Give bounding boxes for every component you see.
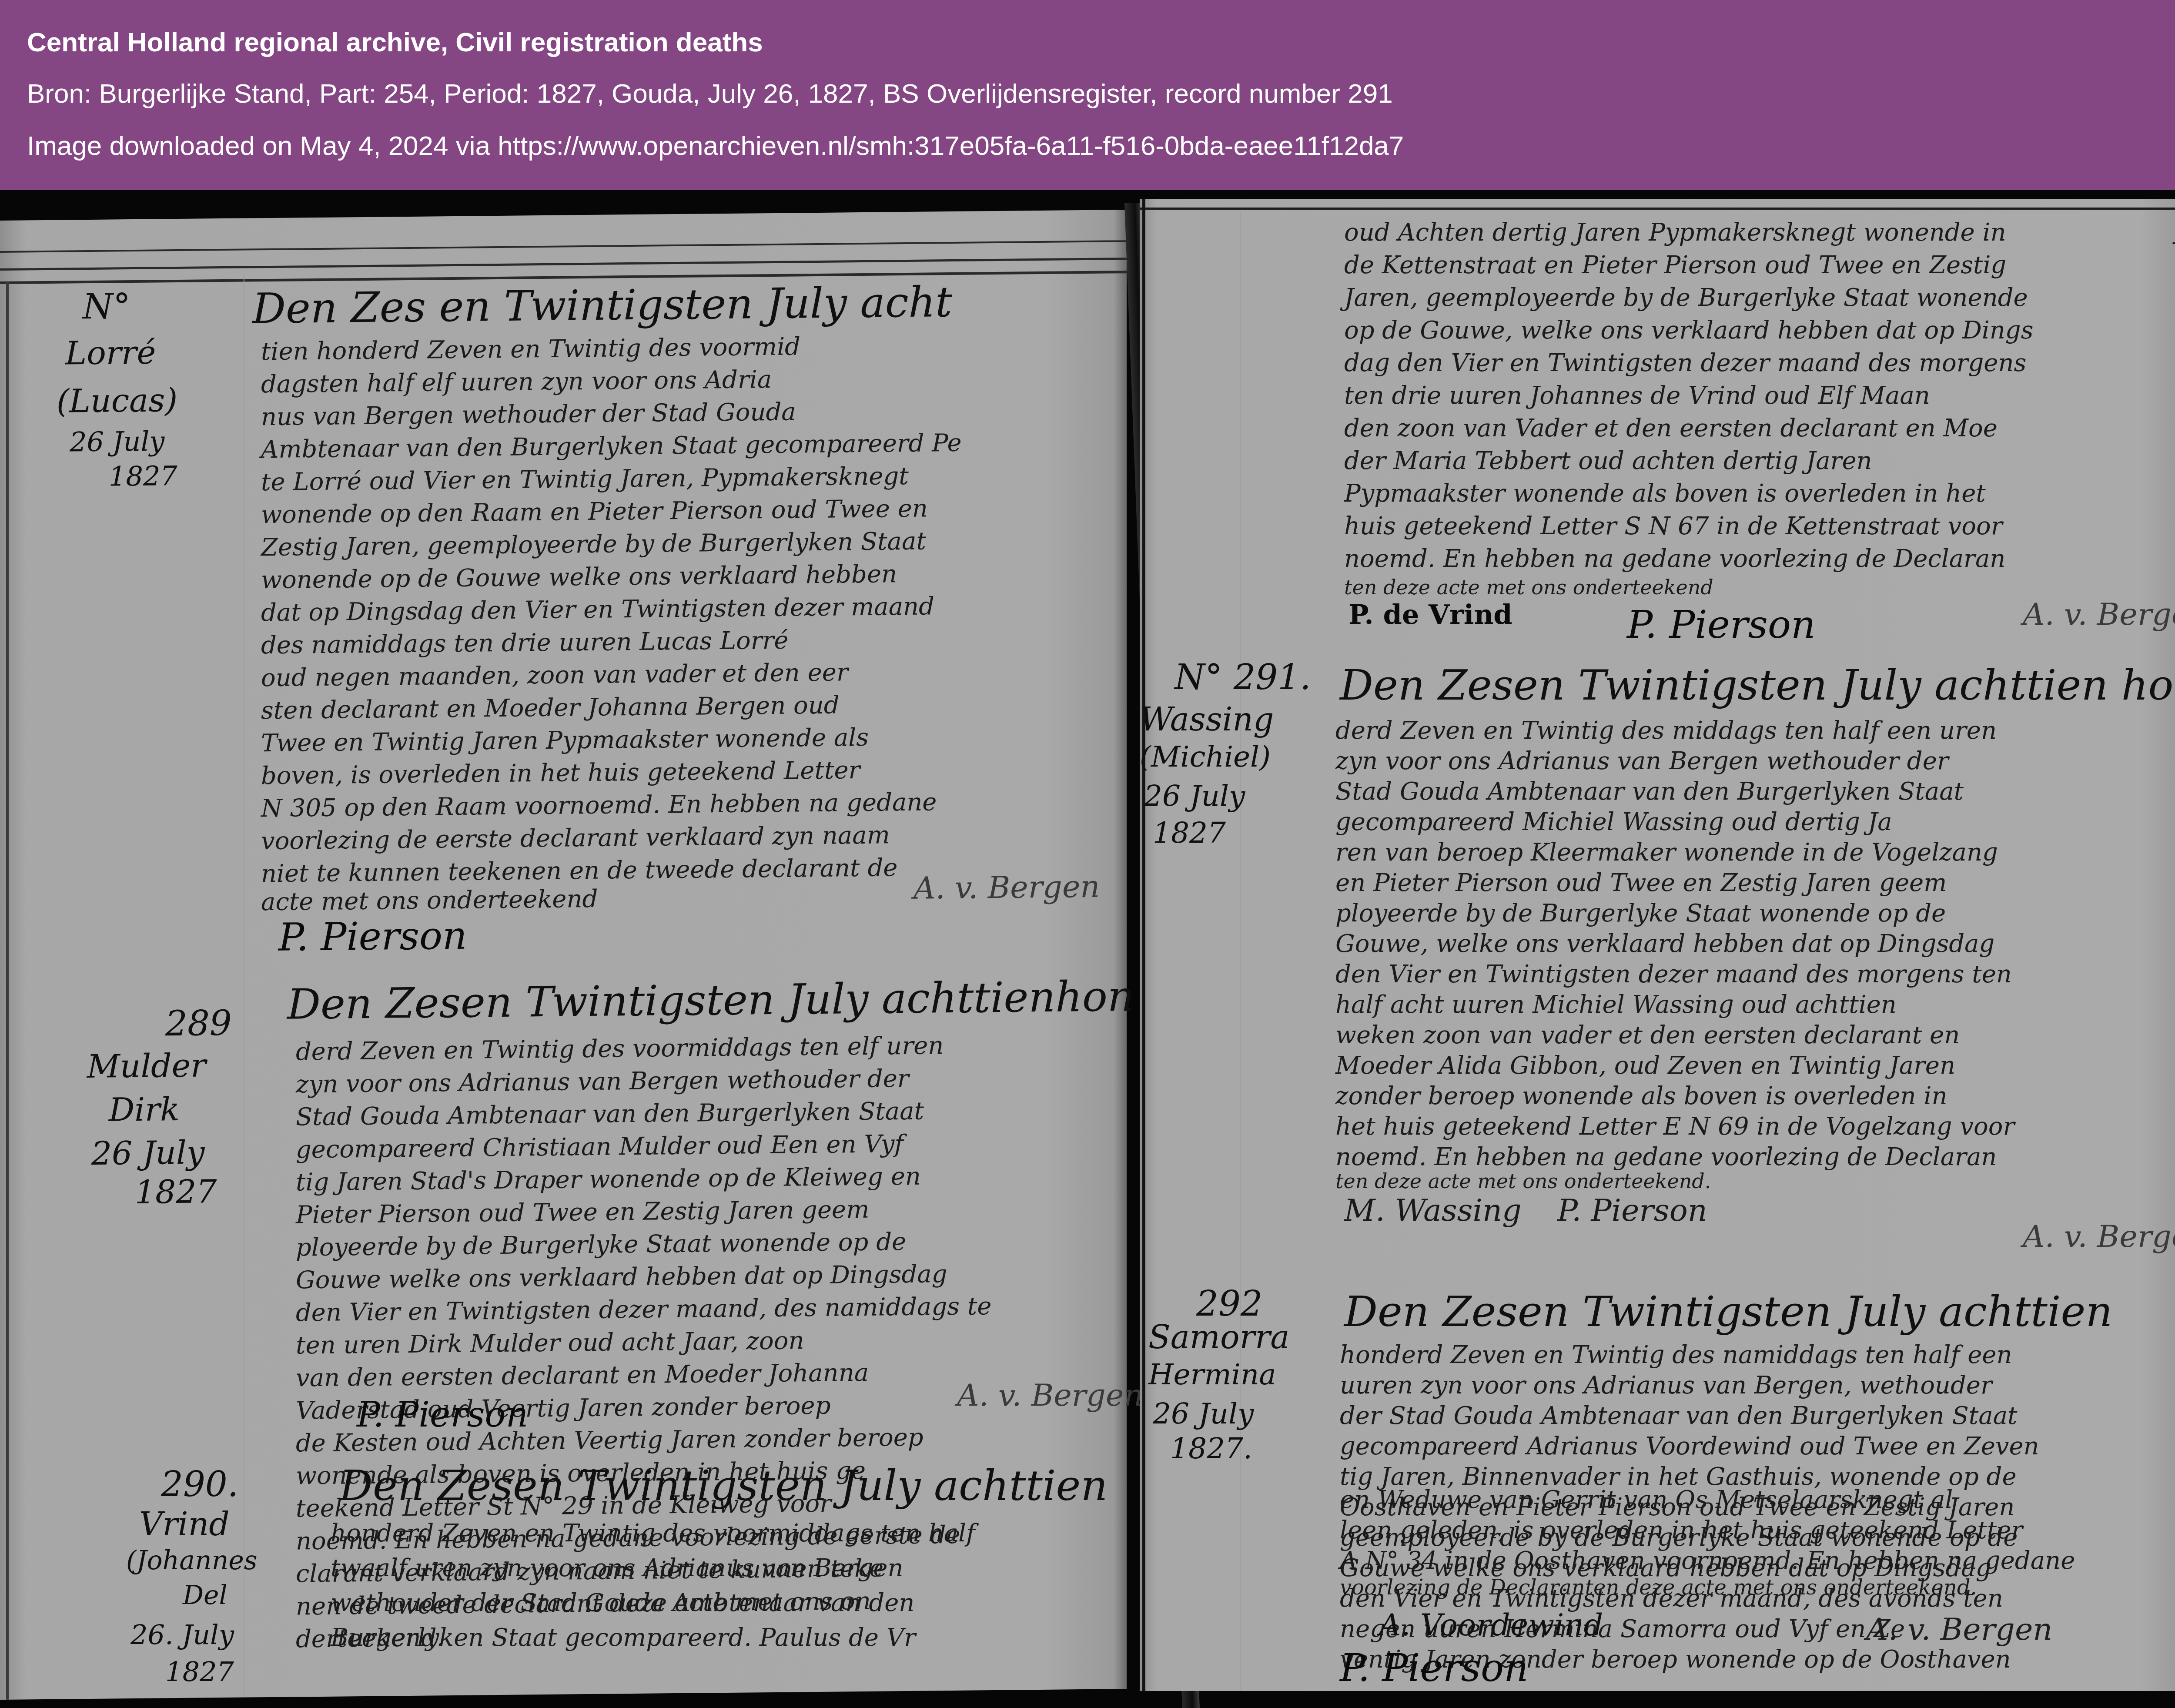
margin-given-name: (Lucas) xyxy=(57,384,177,418)
entry-line: noemd. En hebben na gedane voorlezing de… xyxy=(1335,1145,1997,1169)
margin-extra: Del xyxy=(183,1582,228,1608)
signature-bergen: A. v. Bergen xyxy=(913,871,1100,904)
entry-line: tien honderd Zeven en Twintig des voormi… xyxy=(261,335,800,364)
entry-line: zyn voor ons Adrianus van Bergen wethoud… xyxy=(1335,749,1949,774)
entry-line: uuren zyn voor ons Adrianus van Bergen, … xyxy=(1340,1373,1992,1398)
entry-line: Stad Gouda Ambtenaar van den Burgerlyken… xyxy=(1335,780,1964,804)
entry-line: huis geteekend Letter S N 67 in de Kette… xyxy=(1344,514,2002,539)
entry-line: te Lorré oud Vier en Twintig Jaren, Pypm… xyxy=(261,464,909,495)
entry-line: zonder beroep wonende als boven is overl… xyxy=(1335,1084,1947,1109)
margin-number: 292 xyxy=(1196,1286,1263,1321)
page-left-rule xyxy=(1142,199,1145,1691)
margin-date: 26 July xyxy=(1144,782,1245,810)
entry-line: voorlezing de eerste declarant verklaard… xyxy=(261,823,890,854)
entry-line: en Pieter Pierson oud Twee en Zestig Jar… xyxy=(1335,871,1947,895)
entry-line: ten drie uuren Johannes de Vrind oud Elf… xyxy=(1344,384,1930,408)
entry-line: nus van Bergen wethouder der Stad Gouda xyxy=(261,400,796,429)
margin-surname: Vrind xyxy=(139,1508,230,1541)
entry-line: voorlezing de Declaranten deze acte met … xyxy=(1340,1577,1977,1598)
signature-bergen: A. v. Bergen xyxy=(2023,1221,2175,1252)
entry-line: Zestig Jaren, geemployeerde by de Burger… xyxy=(261,529,926,560)
entry-line: twaalf uren zyn voor ons Adrianus van Be… xyxy=(331,1556,903,1581)
entry-heading: Den Zesen Twintigsten July achttien xyxy=(339,1465,1108,1507)
entry-line: ployeerde by de Burgerlyke Staat wonende… xyxy=(296,1230,906,1260)
entry-heading: Den Zes en Twintigsten July acht xyxy=(252,281,952,329)
entry-line: wonende op de Gouwe welke ons verklaard … xyxy=(261,562,897,593)
entry-line: N 305 op den Raam voornoemd. En hebben n… xyxy=(261,790,937,821)
margin-year: 1827 xyxy=(1153,819,1226,847)
archive-title: Central Holland regional archive, Civil … xyxy=(27,27,763,58)
signature-de-vrind: P. de Vrind xyxy=(1348,601,1512,628)
entry-line: dagsten half elf uuren zyn voor ons Adri… xyxy=(261,368,772,397)
signature-pierson: P. Pierson xyxy=(278,917,467,957)
entry-line: ren van beroep Kleermaker wonende in de … xyxy=(1335,841,1998,865)
entry-line: der Stad Gouda Ambtenaar van den Burgerl… xyxy=(1340,1404,2018,1428)
entry-line: weken zoon van vader et den eersten decl… xyxy=(1335,1023,1960,1048)
entry-line: de Kettenstraat en Pieter Pierson oud Tw… xyxy=(1344,253,2006,278)
entry-line: van den eersten declarant en Moeder Joha… xyxy=(296,1361,869,1391)
entry-line: Jaren, geemployeerde by de Burgerlyke St… xyxy=(1344,286,2028,310)
margin-date: 26. July xyxy=(130,1621,234,1648)
entry-line: noemd. En hebben na gedane voorlezing de… xyxy=(1344,547,2005,571)
entry-line: Moeder Alida Gibbon, oud Zeven en Twinti… xyxy=(1335,1054,1955,1078)
signature-pierson: P. Pierson xyxy=(1340,1649,1529,1687)
entry-line: ten deze acte met ons onderteekend xyxy=(1344,577,1713,597)
entry-line: wonende op den Raam en Pieter Pierson ou… xyxy=(261,497,928,528)
margin-line xyxy=(1240,212,1241,1691)
margin-number: 289 xyxy=(165,1006,232,1041)
margin-surname: Lorré xyxy=(65,337,156,370)
entry-line: der Maria Tebbert oud achten dertig Jare… xyxy=(1344,449,1872,473)
entry-line: boven, is overleden in het huis geteeken… xyxy=(261,758,860,788)
register-scan: N° Lorré (Lucas) 26 July 1827 Den Zes en… xyxy=(0,190,2175,1708)
margin-number: N° xyxy=(83,289,130,324)
entry-line: derd Zeven en Twintig des voormiddags te… xyxy=(296,1034,944,1064)
margin-given-name: Dirk xyxy=(109,1093,180,1126)
entry-line: zyn voor ons Adrianus van Bergen wethoud… xyxy=(296,1067,909,1097)
entry-line: Burgerlyken Staat gecompareerd. Paulus d… xyxy=(331,1626,916,1650)
page-border-rule xyxy=(1140,208,2175,210)
entry-line: gecompareerd Christiaan Mulder oud Een e… xyxy=(296,1132,903,1162)
entry-line: oud negen maanden, zoon van vader et den… xyxy=(261,660,848,690)
archive-header: Central Holland regional archive, Civil … xyxy=(0,0,2175,190)
entry-heading: Den Zesen Twintigsten July achttien xyxy=(1344,1291,2112,1333)
entry-line: Stad Gouda Ambtenaar van den Burgerlyken… xyxy=(296,1099,924,1130)
entry-line: en Weduwe van Gerrit van Os Metselaarskn… xyxy=(1340,1488,1953,1512)
signature-bergen: A. v. Bergen xyxy=(1866,1614,2052,1644)
entry-line: ten uren Dirk Mulder oud acht Jaar, zoon xyxy=(296,1329,804,1358)
entry-line: wethouder der Stad Gouda Ambtenaar van d… xyxy=(331,1591,914,1615)
entry-line: A N° 34 in de Oosthaven voornoemd. En he… xyxy=(1340,1549,2075,1573)
download-note: Image downloaded on May 4, 2024 via http… xyxy=(27,131,1404,161)
margin-number: N° 291. xyxy=(1174,660,1311,695)
entry-line: ployeerde by de Burgerlyke Staat wonende… xyxy=(1335,901,1946,926)
margin-surname: Mulder xyxy=(87,1049,206,1083)
margin-year: 1827 xyxy=(135,1176,217,1209)
page-border-rule xyxy=(0,258,1127,271)
margin-year: 1827. xyxy=(1170,1434,1252,1463)
entry-line: dag den Vier en Twintigsten dezer maand … xyxy=(1344,351,2026,375)
entry-line: honderd Zeven en Twintig des voormiddags… xyxy=(331,1521,975,1546)
signature-bergen: A. v. Bergen xyxy=(957,1380,1143,1410)
margin-date: 26 July xyxy=(91,1136,204,1170)
entry-line: honderd Zeven en Twintig des namiddags t… xyxy=(1340,1343,2012,1367)
entry-line: gecompareerd Adrianus Voordewind oud Twe… xyxy=(1340,1434,2039,1459)
source-citation: Bron: Burgerlijke Stand, Part: 254, Peri… xyxy=(27,78,1393,109)
margin-number: 290. xyxy=(161,1467,238,1502)
entry-line: acte met ons onderteekend xyxy=(261,887,598,914)
entry-line: sten declarant en Moeder Johanna Bergen … xyxy=(261,693,840,723)
margin-given-name: (Michiel) xyxy=(1140,743,1271,771)
signature-wassing: M. Wassing xyxy=(1344,1195,1522,1226)
entry-line: den Vier en Twintigsten dezer maand des … xyxy=(1335,962,2012,987)
page-border-rule xyxy=(0,240,1127,253)
entry-line: half acht uuren Michiel Wassing oud acht… xyxy=(1335,993,1897,1017)
entry-line: gecompareerd Michiel Wassing oud dertig … xyxy=(1335,810,1892,834)
right-page: oud Achten dertig Jaren Pypmakersknegt w… xyxy=(1140,199,2175,1691)
entry-line: niet te kunnen teekenen en de tweede dec… xyxy=(261,856,897,886)
signature-bergen: A. v. Bergen xyxy=(2023,599,2175,630)
signature-pierson: P. Pierson xyxy=(1627,606,1816,644)
signature-voordewind: A. Voordewind xyxy=(1379,1610,1603,1640)
margin-surname: Samorra xyxy=(1148,1321,1289,1353)
margin-line xyxy=(244,275,244,1698)
entry-line: dat op Dingsdag den Vier en Twintigsten … xyxy=(261,594,934,625)
margin-year: 1827 xyxy=(109,462,177,490)
entry-heading: Den Zesen Twintigsten July achttienhon xyxy=(287,975,1134,1025)
margin-surname: Wassing xyxy=(1140,703,1274,736)
signature-pierson: P. Pierson xyxy=(357,1397,528,1432)
margin-given-name: (Johannes xyxy=(126,1547,258,1574)
entry-line: Gouwe, welke ons verklaard hebben dat op… xyxy=(1335,932,1994,956)
entry-line: ten deze acte met ons onderteekend. xyxy=(1335,1171,1711,1191)
entry-line: den zoon van Vader et den eersten declar… xyxy=(1344,416,1998,441)
margin-date: 26 July xyxy=(70,428,164,455)
entry-line: Pypmaakster wonende als boven is overled… xyxy=(1344,482,1986,506)
entry-line: Gouwe welke ons verklaard hebben dat op … xyxy=(296,1262,947,1293)
margin-date: 26 July xyxy=(1153,1400,1254,1428)
entry-heading: Den Zesen Twintigsten July achttien hon xyxy=(1340,664,2175,706)
entry-line: Twee en Twintig Jaren Pypmaakster wonend… xyxy=(261,726,869,756)
entry-line: op de Gouwe, welke ons verklaard hebben … xyxy=(1344,318,2033,343)
margin-given-name: Hermina xyxy=(1148,1360,1276,1389)
entry-line: Pieter Pierson oud Twee en Zestig Jaren … xyxy=(296,1198,869,1228)
margin-year: 1827 xyxy=(165,1658,234,1685)
entry-line: leen geleden, is overleden in het huis g… xyxy=(1340,1518,2023,1543)
page-left-rule xyxy=(6,281,9,1700)
entry-line: derd Zeven en Twintig des middags ten ha… xyxy=(1335,719,1997,743)
entry-line: den Vier en Twintigsten dezer maand, des… xyxy=(296,1294,991,1325)
entry-line: tig Jaren Stad's Draper wonende op de Kl… xyxy=(296,1165,921,1195)
entry-line: Ambtenaar van den Burgerlyken Staat geco… xyxy=(261,431,962,462)
signature-pierson: P. Pierson xyxy=(1557,1195,1707,1226)
entry-line: oud Achten dertig Jaren Pypmakersknegt w… xyxy=(1344,221,2006,245)
entry-line: het huis geteekend Letter E N 69 in de V… xyxy=(1335,1115,2014,1139)
entry-line: des namiddags ten drie uuren Lucas Lorré xyxy=(261,629,788,658)
